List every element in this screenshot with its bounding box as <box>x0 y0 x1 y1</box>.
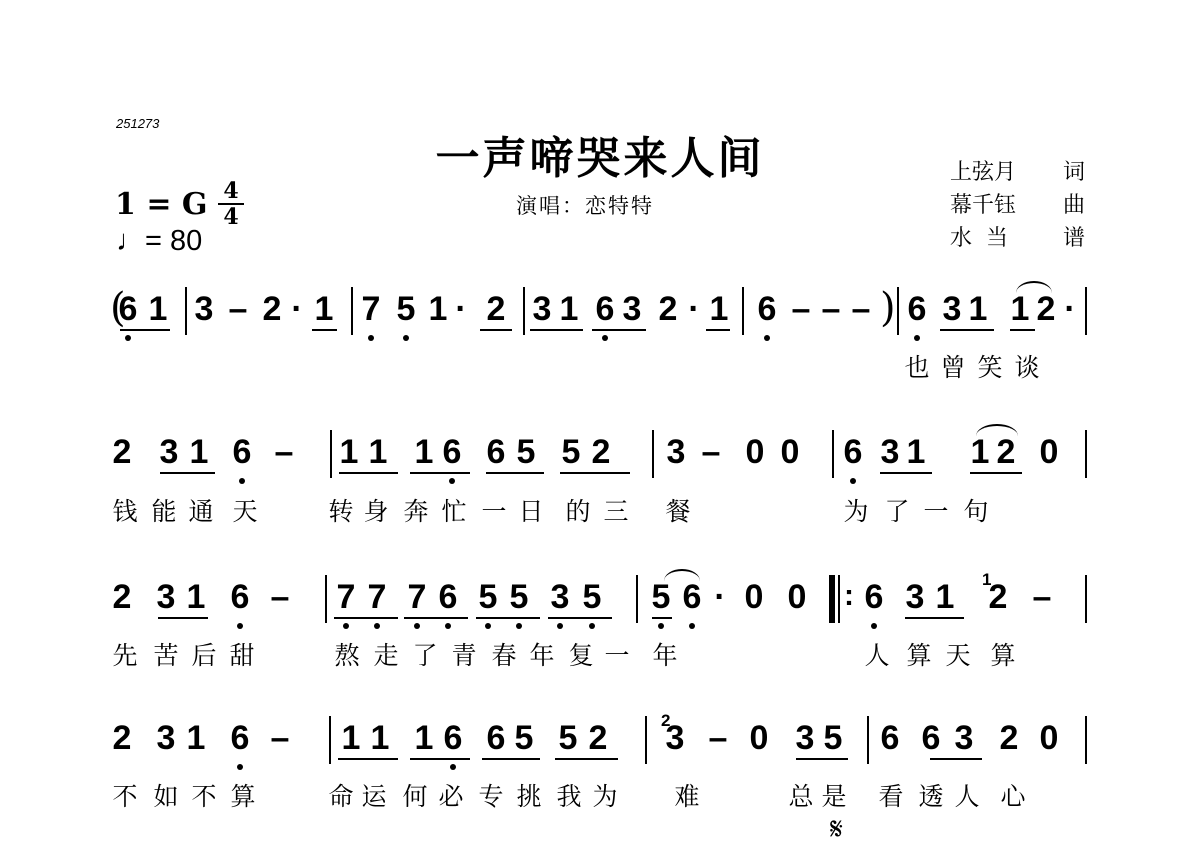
lyric-syllable: 的 <box>563 492 593 528</box>
composer-credit: 幕千钰 曲 <box>950 189 1085 222</box>
note: 1 <box>557 291 581 327</box>
note: 3 <box>154 720 178 756</box>
note: 6 <box>593 291 617 327</box>
note: 1 <box>426 291 450 327</box>
beam-underline <box>158 617 208 619</box>
note: 3 <box>548 579 572 615</box>
octave-dot-below <box>764 335 770 341</box>
lyric-syllable: 忙 <box>439 492 469 528</box>
lyric-syllable: 为 <box>590 777 620 813</box>
note: – <box>1030 579 1054 615</box>
lyric-syllable: 也 <box>902 348 932 384</box>
beam-underline <box>1010 329 1035 331</box>
tempo-marking: ♩= 80 <box>116 225 202 258</box>
octave-dot-below <box>850 478 856 484</box>
lyric-syllable: 不 <box>110 777 140 813</box>
octave-dot-below <box>485 623 491 629</box>
note: 2 <box>260 291 284 327</box>
octave-dot-below <box>237 623 243 629</box>
note: 2 <box>110 579 134 615</box>
beam-underline <box>338 758 398 760</box>
lyric-syllable: 谈 <box>1012 348 1042 384</box>
note: 0 <box>1037 434 1061 470</box>
note: 2 <box>997 720 1021 756</box>
note: 2 <box>589 434 613 470</box>
lyric-syllable: 透 <box>916 777 946 813</box>
lyric-syllable: 算 <box>904 636 934 672</box>
note: – <box>268 579 292 615</box>
lyric-syllable: 奔 <box>401 492 431 528</box>
transcriber-role: 谱 <box>1063 222 1085 255</box>
note: 7 <box>334 579 358 615</box>
note: 2 <box>1034 291 1058 327</box>
lyric-syllable: 不 <box>189 777 219 813</box>
beam-underline <box>339 472 398 474</box>
beam-underline <box>652 617 672 619</box>
note: 3 <box>793 720 817 756</box>
note: 5 <box>394 291 418 327</box>
lyric-syllable: 挑 <box>514 777 544 813</box>
lyric-syllable: 熬 <box>332 636 362 672</box>
note: 6 <box>484 720 508 756</box>
note: 7 <box>359 291 383 327</box>
beam-underline <box>334 617 398 619</box>
note: 3 <box>620 291 644 327</box>
note: 5 <box>476 579 500 615</box>
lyric-syllable: 算 <box>988 636 1018 672</box>
note: 0 <box>743 434 767 470</box>
note: 1 <box>412 720 436 756</box>
lyric-syllable: 人 <box>952 777 982 813</box>
composer-name: 幕千钰 <box>950 189 1016 222</box>
lyric-syllable: 我 <box>554 777 584 813</box>
note: – <box>272 434 296 470</box>
lyric-syllable: 甜 <box>227 636 257 672</box>
beam-underline <box>930 758 982 760</box>
note: 0 <box>742 579 766 615</box>
grace-note: 2 <box>661 711 670 731</box>
lyricist-name: 上弦月 <box>950 156 1016 189</box>
note: 1 <box>184 579 208 615</box>
lyric-syllable: 如 <box>151 777 181 813</box>
beam-underline <box>486 472 544 474</box>
note: 1 <box>339 720 363 756</box>
note: 0 <box>785 579 809 615</box>
note: – <box>268 720 292 756</box>
note: 2 <box>656 291 680 327</box>
note: 2 <box>484 291 508 327</box>
note: 3 <box>530 291 554 327</box>
note: 1 <box>337 434 361 470</box>
lyric-syllable: 日 <box>516 492 546 528</box>
note: 6 <box>755 291 779 327</box>
octave-dot-below <box>914 335 920 341</box>
slur-tie <box>664 569 700 581</box>
lyric-syllable: 算 <box>228 777 258 813</box>
time-signature-bottom: 4 <box>218 206 244 228</box>
note: 1 <box>146 291 170 327</box>
lyricist-credit: 上弦月 词 <box>950 156 1085 189</box>
note: – <box>699 434 723 470</box>
octave-dot-below <box>414 623 420 629</box>
beam-underline <box>404 617 468 619</box>
key-signature: 1 = G <box>115 187 208 222</box>
note: · <box>682 291 706 327</box>
lyric-syllable: 运 <box>359 777 389 813</box>
note: 6 <box>436 579 460 615</box>
note: 6 <box>841 434 865 470</box>
octave-dot-below <box>450 764 456 770</box>
lyric-syllable: 年 <box>650 636 680 672</box>
lyric-syllable: 一 <box>479 492 509 528</box>
lyric-syllable: 天 <box>230 492 260 528</box>
bar-line <box>185 287 187 335</box>
bar-line <box>330 430 332 478</box>
note: 0 <box>778 434 802 470</box>
lyric-syllable: 后 <box>189 636 219 672</box>
beam-underline <box>410 758 470 760</box>
note: 2 <box>110 720 134 756</box>
beam-underline <box>160 472 215 474</box>
lyric-syllable: 看 <box>876 777 906 813</box>
repeat-start-thin-bar <box>838 575 840 623</box>
lyric-syllable: 心 <box>998 777 1028 813</box>
credits-block: 上弦月 词 幕千钰 曲 水 当 谱 <box>950 156 1085 255</box>
note: 1 <box>184 720 208 756</box>
beam-underline <box>592 329 646 331</box>
beam-underline <box>480 329 512 331</box>
lyric-syllable: 了 <box>882 492 912 528</box>
lyric-syllable: 年 <box>527 636 557 672</box>
lyric-syllable: 苦 <box>151 636 181 672</box>
lyric-syllable: 身 <box>361 492 391 528</box>
note: 1 <box>312 291 336 327</box>
segno-sign: 𝄋 <box>830 812 843 847</box>
bar-line <box>1085 716 1087 764</box>
octave-dot-below <box>343 623 349 629</box>
note: 6 <box>680 579 704 615</box>
note: 6 <box>228 720 252 756</box>
lyric-syllable: 三 <box>601 492 631 528</box>
singer-credit: 演唱：恋特特 <box>516 190 654 220</box>
note: 1 <box>412 434 436 470</box>
lyric-syllable: 总 <box>786 777 816 813</box>
beam-underline <box>482 758 540 760</box>
octave-dot-below <box>871 623 877 629</box>
bar-line <box>897 287 899 335</box>
note: 3 <box>952 720 976 756</box>
note: – <box>849 291 873 327</box>
note: · <box>708 579 732 615</box>
bar-line <box>329 716 331 764</box>
repeat-start-thick-bar <box>829 575 835 623</box>
beam-underline <box>940 329 994 331</box>
note: 5 <box>821 720 845 756</box>
note: 6 <box>919 720 943 756</box>
octave-dot-below <box>449 478 455 484</box>
lyric-syllable: 春 <box>489 636 519 672</box>
octave-dot-below <box>602 335 608 341</box>
lyric-syllable: 难 <box>672 777 702 813</box>
note: 1 <box>966 291 990 327</box>
lyric-syllable: 餐 <box>663 492 693 528</box>
lyric-syllable: 一 <box>602 636 632 672</box>
beam-underline <box>880 472 932 474</box>
bar-line <box>636 575 638 623</box>
bar-line <box>832 430 834 478</box>
note: 1 <box>368 720 392 756</box>
bar-line <box>523 287 525 335</box>
beam-underline <box>555 758 618 760</box>
repeat-dots: : <box>844 579 854 613</box>
bar-line <box>652 430 654 478</box>
note: 6 <box>440 434 464 470</box>
lyric-syllable: 是 <box>819 777 849 813</box>
note: 1 <box>904 434 928 470</box>
note: 2 <box>110 434 134 470</box>
note: 5 <box>559 434 583 470</box>
lyric-syllable: 青 <box>449 636 479 672</box>
note: 6 <box>878 720 902 756</box>
beam-underline <box>560 472 630 474</box>
note: – <box>819 291 843 327</box>
note: 3 <box>903 579 927 615</box>
lyric-syllable: 专 <box>476 777 506 813</box>
octave-dot-below <box>557 623 563 629</box>
beam-underline <box>476 617 540 619</box>
octave-dot-below <box>516 623 522 629</box>
note: 1 <box>187 434 211 470</box>
lyric-syllable: 命 <box>326 777 356 813</box>
beam-underline <box>410 472 470 474</box>
beam-underline <box>530 329 583 331</box>
note: · <box>1058 291 1082 327</box>
lyric-syllable: 钱 <box>110 492 140 528</box>
lyric-syllable: 何 <box>400 777 430 813</box>
time-signature-top: 4 <box>218 180 244 202</box>
note: 6 <box>484 434 508 470</box>
transcriber-credit: 水 当 谱 <box>950 222 1085 255</box>
octave-dot-below <box>589 623 595 629</box>
note: 7 <box>365 579 389 615</box>
octave-dot-below <box>445 623 451 629</box>
note: 6 <box>228 579 252 615</box>
lyricist-role: 词 <box>1063 156 1085 189</box>
transcriber-name: 水 当 <box>950 222 1008 255</box>
note: – <box>226 291 250 327</box>
parenthesis: ( <box>110 285 126 331</box>
octave-dot-below <box>368 335 374 341</box>
beam-underline <box>970 472 1022 474</box>
note: – <box>789 291 813 327</box>
note: 2 <box>586 720 610 756</box>
note: · <box>285 291 309 327</box>
bar-line <box>351 287 353 335</box>
grace-note: 1 <box>982 570 991 590</box>
lyric-syllable: 必 <box>436 777 466 813</box>
note: 5 <box>507 579 531 615</box>
time-signature: 4 4 <box>218 180 244 228</box>
octave-dot-below <box>689 623 695 629</box>
bar-line <box>1085 430 1087 478</box>
lyric-syllable: 人 <box>862 636 892 672</box>
lyric-syllable: 走 <box>371 636 401 672</box>
note: 3 <box>878 434 902 470</box>
lyric-syllable: 句 <box>961 492 991 528</box>
octave-dot-below <box>658 623 664 629</box>
note: 1 <box>366 434 390 470</box>
bar-line <box>325 575 327 623</box>
beam-underline <box>120 329 170 331</box>
note: 3 <box>154 579 178 615</box>
bar-line <box>867 716 869 764</box>
composer-role: 曲 <box>1063 189 1085 222</box>
beam-underline <box>706 329 730 331</box>
lyric-syllable: 通 <box>186 492 216 528</box>
lyric-syllable: 曾 <box>938 348 968 384</box>
note: 0 <box>747 720 771 756</box>
slur-tie <box>1016 281 1052 293</box>
note: · <box>449 291 473 327</box>
note: 1 <box>707 291 731 327</box>
beam-underline <box>796 758 848 760</box>
note: 5 <box>514 434 538 470</box>
note: 3 <box>664 434 688 470</box>
note: 5 <box>512 720 536 756</box>
note: 2 <box>994 434 1018 470</box>
note: 7 <box>405 579 429 615</box>
lyric-syllable: 能 <box>149 492 179 528</box>
note: 3 <box>157 434 181 470</box>
note: 3 <box>192 291 216 327</box>
octave-dot-below <box>374 623 380 629</box>
lyric-syllable: 先 <box>110 636 140 672</box>
note: 6 <box>230 434 254 470</box>
lyric-syllable: 为 <box>841 492 871 528</box>
lyric-syllable: 笑 <box>975 348 1005 384</box>
lyric-syllable: 天 <box>943 636 973 672</box>
note: 6 <box>862 579 886 615</box>
bar-line <box>1085 575 1087 623</box>
bar-line <box>1085 287 1087 335</box>
lyric-syllable: 复 <box>566 636 596 672</box>
lyric-syllable: 转 <box>326 492 356 528</box>
note: 5 <box>580 579 604 615</box>
note: 0 <box>1037 720 1061 756</box>
note: 1 <box>933 579 957 615</box>
slur-tie <box>976 424 1018 436</box>
note: 6 <box>905 291 929 327</box>
beam-underline <box>548 617 612 619</box>
bar-line <box>742 287 744 335</box>
octave-dot-below <box>125 335 131 341</box>
note: 5 <box>649 579 673 615</box>
note: 6 <box>441 720 465 756</box>
note: – <box>706 720 730 756</box>
lyric-syllable: 了 <box>410 636 440 672</box>
note: 5 <box>556 720 580 756</box>
note: 3 <box>940 291 964 327</box>
note: 1 <box>1008 291 1032 327</box>
bar-line <box>645 716 647 764</box>
octave-dot-below <box>239 478 245 484</box>
beam-underline <box>905 617 964 619</box>
lyric-syllable: 一 <box>921 492 951 528</box>
note: 1 <box>968 434 992 470</box>
octave-dot-below <box>403 335 409 341</box>
beam-underline <box>312 329 337 331</box>
parenthesis: ) <box>880 285 896 331</box>
octave-dot-below <box>237 764 243 770</box>
